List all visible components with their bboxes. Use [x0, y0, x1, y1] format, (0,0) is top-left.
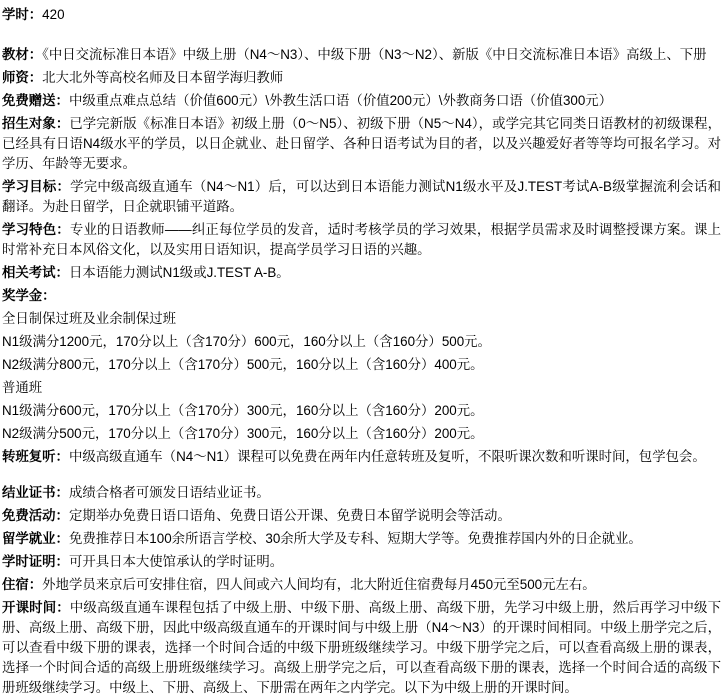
paragraph-label: 免费活动： — [2, 508, 69, 523]
paragraph-label: 学时： — [2, 7, 42, 22]
paragraph-text: N1级满分1200元，170分以上（含170分）600元，160分以上（含160… — [2, 334, 491, 349]
paragraph-text: 日本语能力测试N1级或J.TEST A-B。 — [69, 265, 290, 280]
paragraph: 奖学金： — [2, 286, 721, 306]
paragraph-label: 结业证书： — [2, 485, 69, 500]
paragraph: N2级满分500元，170分以上（含170分）300元，160分以上（含160分… — [2, 424, 721, 444]
paragraph-text: N2级满分500元，170分以上（含170分）300元，160分以上（含160分… — [2, 426, 484, 441]
paragraph: 留学就业：免费推荐日本100余所语言学校、30余所大学及专科、短期大学等。免费推… — [2, 529, 721, 549]
paragraph-text: 中级高级直通车课程包括了中级上册、中级下册、高级上册、高级下册，先学习中级上册，… — [2, 600, 721, 695]
paragraph-label: 学时证明： — [2, 554, 69, 569]
paragraph-text: 普通班 — [2, 380, 42, 395]
paragraph-label: 教材： — [2, 47, 42, 62]
paragraph-text: 外地学员来京后可安排住宿，四人间或六人间均有，北大附近住宿费每月450元至500… — [42, 577, 596, 592]
paragraph: 学时证明：可开具日本大使馆承认的学时证明。 — [2, 552, 721, 572]
paragraph-label: 学习特色： — [2, 222, 70, 237]
paragraph-label: 住宿： — [2, 577, 42, 592]
paragraph: 开课时间：中级高级直通车课程包括了中级上册、中级下册、高级上册、高级下册，先学习… — [2, 598, 721, 697]
paragraph: N2级满分800元，170分以上（含170分）500元，160分以上（含160分… — [2, 355, 721, 375]
paragraph-text: 中级高级直通车（N4～N1）课程可以免费在两年内任意转班及复听，不限听课次数和听… — [69, 449, 706, 464]
paragraph-label: 开课时间： — [2, 600, 70, 615]
paragraph: 相关考试：日本语能力测试N1级或J.TEST A-B。 — [2, 263, 721, 283]
paragraph-text: 专业的日语教师——纠正每位学员的发音，适时考核学员的学习效果，根据学员需求及时调… — [2, 222, 721, 257]
paragraph-text: 北大北外等高校名师及日本留学海归教师 — [42, 70, 283, 85]
paragraph-label: 奖学金： — [2, 288, 56, 303]
paragraph-text: N1级满分600元，170分以上（含170分）300元，160分以上（含160分… — [2, 403, 484, 418]
paragraph-label: 师资： — [2, 70, 42, 85]
paragraph: 招生对象：已学完新版《标准日本语》初级上册（0～N5）、初级下册（N5～N4），… — [2, 114, 721, 174]
paragraph-text: 已学完新版《标准日本语》初级上册（0～N5）、初级下册（N5～N4），或学完其它… — [2, 116, 721, 171]
paragraph-text: 免费推荐日本100余所语言学校、30余所大学及专科、短期大学等。免费推荐国内外的… — [69, 531, 642, 546]
paragraph-label: 招生对象： — [2, 116, 69, 131]
paragraph: 学习目标：学完中级高级直通车（N4～N1）后，可以达到日本语能力测试N1级水平及… — [2, 177, 721, 217]
paragraph-text: 学完中级高级直通车（N4～N1）后，可以达到日本语能力测试N1级水平及J.TES… — [2, 179, 721, 214]
paragraph-label: 免费赠送： — [2, 93, 69, 108]
paragraph: 教材：《中日交流标准日本语》中级上册（N4～N3）、中级下册（N3～N2）、新版… — [2, 45, 721, 65]
paragraph-text: 成绩合格者可颁发日语结业证书。 — [69, 485, 270, 500]
paragraph-label: 转班复听： — [2, 449, 69, 464]
paragraph: 住宿：外地学员来京后可安排住宿，四人间或六人间均有，北大附近住宿费每月450元至… — [2, 575, 721, 595]
paragraph-text: 420 — [42, 7, 64, 22]
paragraph: 免费赠送：中级重点难点总结（价值600元）\外教生活口语（价值200元）\外教商… — [2, 91, 721, 111]
paragraph: N1级满分1200元，170分以上（含170分）600元，160分以上（含160… — [2, 332, 721, 352]
paragraph-text: N2级满分800元，170分以上（含170分）500元，160分以上（含160分… — [2, 357, 484, 372]
paragraph: 转班复听：中级高级直通车（N4～N1）课程可以免费在两年内任意转班及复听，不限听… — [2, 447, 721, 467]
paragraph-label: 留学就业： — [2, 531, 69, 546]
paragraph: 学习特色：专业的日语教师——纠正每位学员的发音，适时考核学员的学习效果，根据学员… — [2, 220, 721, 260]
paragraph-label: 学习目标： — [2, 179, 70, 194]
paragraph: 普通班 — [2, 378, 721, 398]
paragraph-text: 可开具日本大使馆承认的学时证明。 — [69, 554, 283, 569]
paragraph-text: 《中日交流标准日本语》中级上册（N4～N3）、中级下册（N3～N2）、新版《中日… — [42, 47, 706, 62]
paragraph-text: 中级重点难点总结（价值600元）\外教生活口语（价值200元）\外教商务口语（价… — [69, 93, 612, 108]
paragraph: 师资：北大北外等高校名师及日本留学海归教师 — [2, 68, 721, 88]
paragraph: 全日制保过班及业余制保过班 — [2, 309, 721, 329]
paragraph: 学时：420 — [2, 5, 721, 25]
paragraph: 免费活动：定期举办免费日语口语角、免费日语公开课、免费日本留学说明会等活动。 — [2, 506, 721, 526]
paragraph-spacer — [2, 470, 721, 480]
paragraph-label: 相关考试： — [2, 265, 69, 280]
paragraph: N1级满分600元，170分以上（含170分）300元，160分以上（含160分… — [2, 401, 721, 421]
paragraph-text: 全日制保过班及业余制保过班 — [2, 311, 176, 326]
paragraph: 结业证书：成绩合格者可颁发日语结业证书。 — [2, 483, 721, 503]
course-info-document: 学时：420教材：《中日交流标准日本语》中级上册（N4～N3）、中级下册（N3～… — [2, 5, 721, 697]
paragraph-spacer — [2, 28, 721, 42]
paragraph-text: 定期举办免费日语口语角、免费日语公开课、免费日本留学说明会等活动。 — [69, 508, 511, 523]
